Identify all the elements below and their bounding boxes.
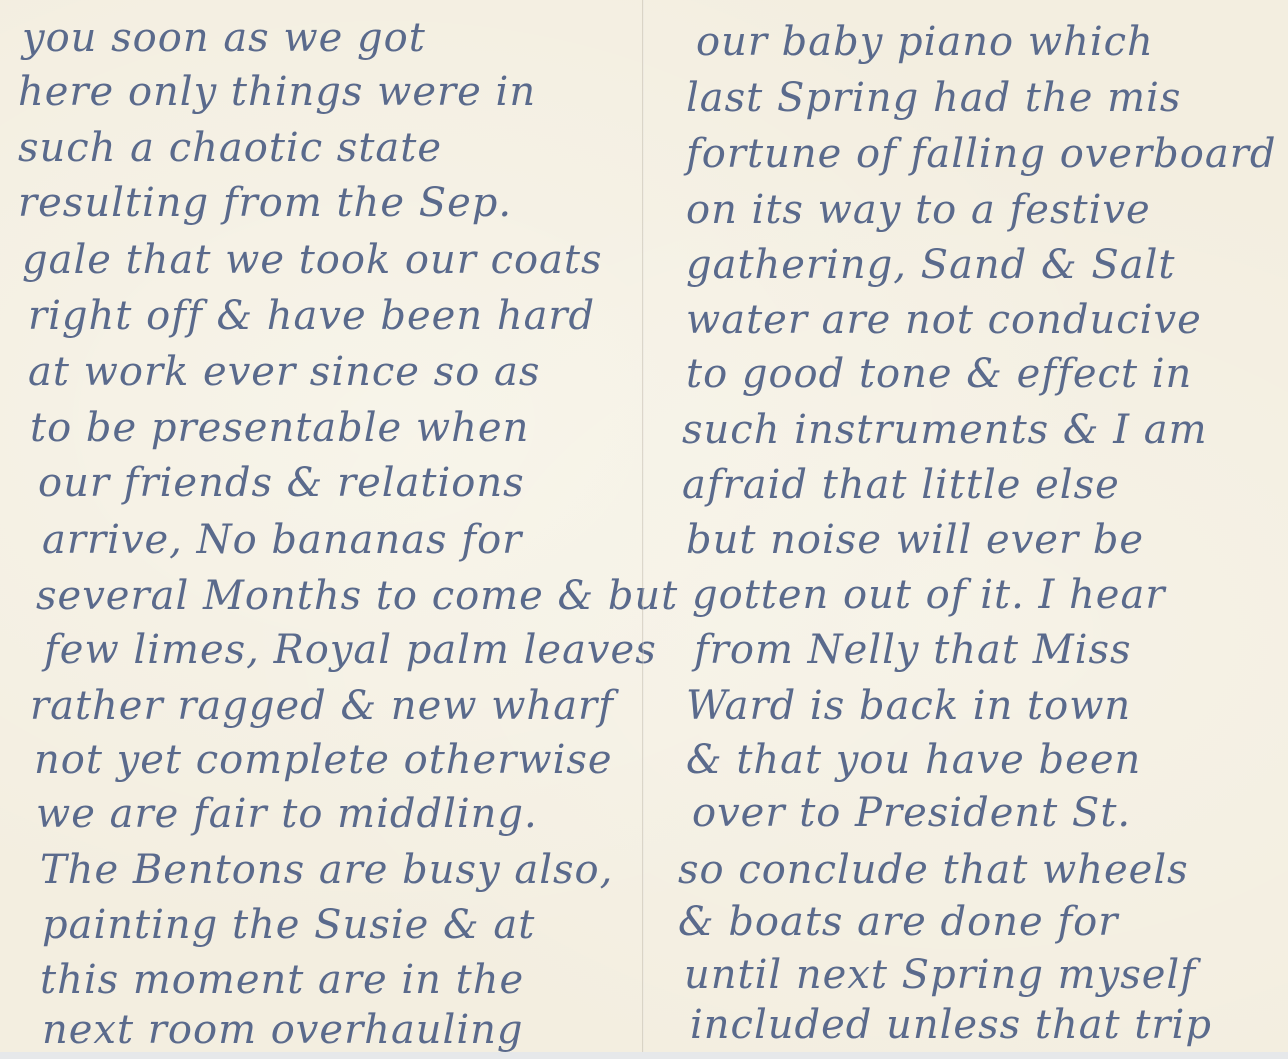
text-line: fortune of falling overboard	[686, 134, 1276, 174]
text-line: resulting from the Sep.	[18, 183, 512, 223]
letter-sheet: you soon as we got here only things were…	[0, 0, 1288, 1052]
text-line: water are not conducive	[686, 300, 1202, 340]
text-line: so conclude that wheels	[678, 850, 1189, 890]
right-page: our baby piano which last Spring had the…	[644, 0, 1288, 1052]
text-line: this moment are in the	[40, 960, 524, 1000]
text-line: gotten out of it. I hear	[692, 575, 1165, 615]
text-line: such a chaotic state	[18, 128, 442, 168]
text-line: Ward is back in town	[686, 686, 1131, 726]
text-line: The Bentons are busy also,	[40, 850, 613, 890]
text-line: but noise will ever be	[686, 520, 1144, 560]
text-line: right off & have been hard	[28, 296, 595, 336]
text-line: next room overhauling	[42, 1010, 524, 1050]
text-line: gale that we took our coats	[22, 240, 603, 280]
text-line: rather ragged & new wharf	[30, 686, 614, 726]
text-line: over to President St.	[692, 793, 1131, 833]
text-line: & that you have been	[686, 740, 1141, 780]
text-line: such instruments & I am	[682, 410, 1208, 450]
text-line: several Months to come & but	[36, 576, 678, 616]
text-line: until next Spring myself	[684, 955, 1196, 995]
text-line: & boats are done for	[678, 902, 1118, 942]
text-line: on its way to a festive	[686, 190, 1151, 230]
text-line: here only things were in	[18, 72, 536, 112]
text-line: our baby piano which	[696, 22, 1154, 62]
text-line: to be presentable when	[30, 408, 529, 448]
text-line: not yet complete otherwise	[34, 740, 613, 780]
text-line: at work ever since so as	[28, 352, 540, 392]
text-line: we are fair to middling.	[36, 794, 538, 834]
text-line: you soon as we got	[22, 18, 426, 58]
text-line: gathering, Sand & Salt	[686, 245, 1175, 285]
text-line: painting the Susie & at	[42, 905, 535, 945]
text-line: to good tone & effect in	[686, 354, 1192, 394]
text-line: included unless that trip	[690, 1005, 1212, 1045]
text-line: few limes, Royal palm leaves	[44, 630, 657, 670]
text-line: last Spring had the mis	[686, 78, 1181, 118]
left-page: you soon as we got here only things were…	[0, 0, 642, 1052]
scan-edge	[0, 1052, 1288, 1059]
text-line: from Nelly that Miss	[694, 630, 1132, 670]
text-line: afraid that little else	[682, 465, 1120, 505]
text-line: our friends & relations	[38, 463, 525, 503]
text-line: arrive, No bananas for	[42, 520, 522, 560]
